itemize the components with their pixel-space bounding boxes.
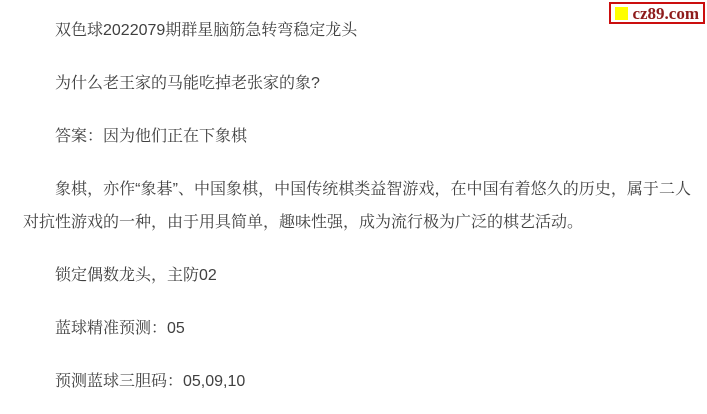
blue-ball-prediction: 蓝球精准预测：05 [23,312,691,345]
site-logo[interactable]: cz89.com [609,2,705,24]
logo-text: cz89.com [632,5,699,22]
article-page: cz89.com 双色球2022079期群星脑筋急转弯稳定龙头 为什么老王家的马… [0,0,707,414]
article-body: 双色球2022079期群星脑筋急转弯稳定龙头 为什么老王家的马能吃掉老张家的象?… [0,0,707,398]
chess-intro-paragraph: 象棋，亦作“象碁”、中国象棋，中国传统棋类益智游戏，在中国有着悠久的历史，属于二… [23,173,691,239]
dragon-head-prediction: 锁定偶数龙头，主防02 [23,259,691,292]
blue-ball-three-codes: 预测蓝球三胆码：05,09,10 [23,365,691,398]
logo-yellow-square-icon [615,7,628,20]
riddle-question: 为什么老王家的马能吃掉老张家的象? [23,67,691,100]
riddle-answer: 答案：因为他们正在下象棋 [23,120,691,153]
article-title: 双色球2022079期群星脑筋急转弯稳定龙头 [23,14,691,47]
